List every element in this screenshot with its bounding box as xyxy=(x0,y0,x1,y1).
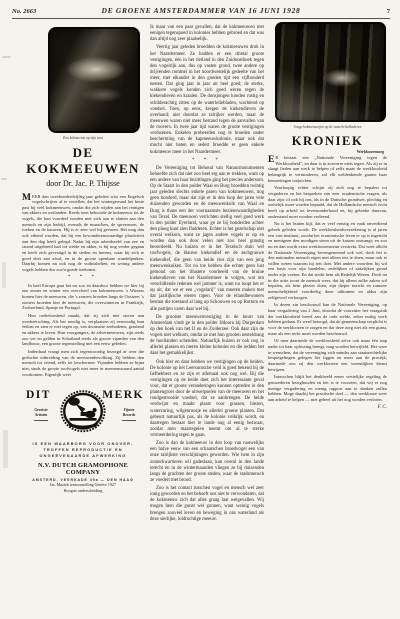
masthead-title: DE GROENE AMSTERDAMMER VAN 16 JUNI 1928 xyxy=(82,6,320,15)
scan-artifact xyxy=(3,430,8,468)
right-column: Jonge kokmeeuwtjes op de waterlelieblade… xyxy=(268,22,387,410)
newspaper-page: No. 2663 DE GROENE AMSTERDAMMER VAN 16 J… xyxy=(0,0,400,619)
section-separator: * * * xyxy=(22,275,144,280)
page-number: 7 xyxy=(320,8,390,15)
kroniek-paragraph: Voorloopig echter schijnt zij zich nog t… xyxy=(268,185,387,219)
article-paragraph: Inderdaad vraagt men zich tegenwoordig b… xyxy=(22,349,144,377)
section-separator: * * * xyxy=(150,158,264,163)
ad-word-merk: MERK xyxy=(102,389,144,401)
article-paragraph: Hun roekeloosheid maakt, dat zij zich ni… xyxy=(22,313,144,347)
ad-label-rule xyxy=(34,420,48,421)
article-title: DE KOKMEEUWEN xyxy=(22,145,144,177)
article-paragraph: Ook hier en daar hebben we vestigingen o… xyxy=(150,360,264,440)
ad-slogan-line: ONGEËVENAARDE AFWERKING xyxy=(22,453,144,459)
page-header: No. 2663 DE GROENE AMSTERDAMMER VAN 16 J… xyxy=(12,6,390,19)
ad-award-note: Hoogste onderscheiding xyxy=(22,488,144,494)
article-paragraph: Zoo is dan de kokmeeuw in den loop van n… xyxy=(150,441,264,484)
scan-artifact xyxy=(2,262,6,288)
gramophone-ad: DIT Grootste Artisten xyxy=(22,385,144,496)
photo-caption-left: Een kokmeeuw op zijn nest xyxy=(22,136,144,140)
kroniek-paragraph: Intusschen blijft het denkbeeld eener we… xyxy=(268,374,387,402)
left-column: Een kokmeeuw op zijn nest DE KOKMEEUWEN … xyxy=(22,24,144,497)
author-initials: F. C. xyxy=(268,405,387,410)
article-paragraph: ik maar van een paar gevallen, dat de ko… xyxy=(150,25,264,43)
article-byline: door Dr. Jac. P. Thijsse xyxy=(22,179,144,188)
dropcap-e: E xyxy=(268,156,274,165)
young-gulls-photo xyxy=(275,22,386,122)
ad-slogan: IS EEN WAARBORG VOOR ONOVER- TROFFEN REP… xyxy=(22,441,144,459)
article-paragraph: MEER dan tweehonderdvijftig jaar geleden… xyxy=(22,194,144,273)
kroniek-paragraph: Of men daarmede de werkloosheid zelve oo… xyxy=(268,338,387,372)
middle-column: ik maar van een paar gevallen, dat de ko… xyxy=(150,25,264,525)
article-paragraph: De Vereeniging tot Behoud van Natuurmonu… xyxy=(150,166,264,313)
ad-label-text: Records xyxy=(114,413,144,418)
kroniek-paragraph: In dezen zin beschouwd kan de Nationale … xyxy=(268,302,387,336)
article-paragraph: De grootste meeuwenvestiging in de buurt… xyxy=(150,315,264,358)
dropcap-m: M xyxy=(22,194,31,203)
kokmeeuw-photo xyxy=(48,27,140,133)
article-paragraph: Zoo is het contact tusschen vogel en men… xyxy=(150,486,264,523)
scan-artifact xyxy=(2,56,11,58)
kroniek-paragraph: Nu is het buiten kijf, dat er veel ernst… xyxy=(268,221,387,300)
kroniek-paragraph: ER bestaat een „Nationale Vereeniging te… xyxy=(268,155,387,183)
issue-number: No. 2663 xyxy=(12,8,82,15)
ad-company-name: N.V. DUTCH GRAMOPHONE COMPANY xyxy=(22,462,144,476)
ad-word-dit: DIT xyxy=(26,389,51,401)
kroniek-title: KRONIEK xyxy=(268,134,387,149)
ad-header-row: DIT Grootste Artisten xyxy=(22,387,144,439)
photo-caption-right: Jonge kokmeeuwtjes op de waterlelieblade… xyxy=(268,125,387,129)
ad-label-right: Fijnste Records xyxy=(114,408,144,421)
article-text: EER dan tweehonderdvijftig jaar geleden … xyxy=(22,194,144,273)
ad-label-text: Artisten xyxy=(26,413,56,418)
article-paragraph: Veertig jaar geleden broedden de kokmeeu… xyxy=(150,45,264,155)
his-masters-voice-logo-icon xyxy=(59,388,107,436)
kroniek-text: R bestaat een „Nationale Vereeniging teg… xyxy=(268,155,387,183)
ad-label-rule xyxy=(122,420,136,421)
ad-label-left: Grootste Artisten xyxy=(26,408,56,421)
scan-artifact xyxy=(1,178,7,180)
article-paragraph: In heel Europa gaat het nu zoo en daardo… xyxy=(22,283,144,311)
kroniek-topic: Werkloozenzorg xyxy=(268,150,384,154)
